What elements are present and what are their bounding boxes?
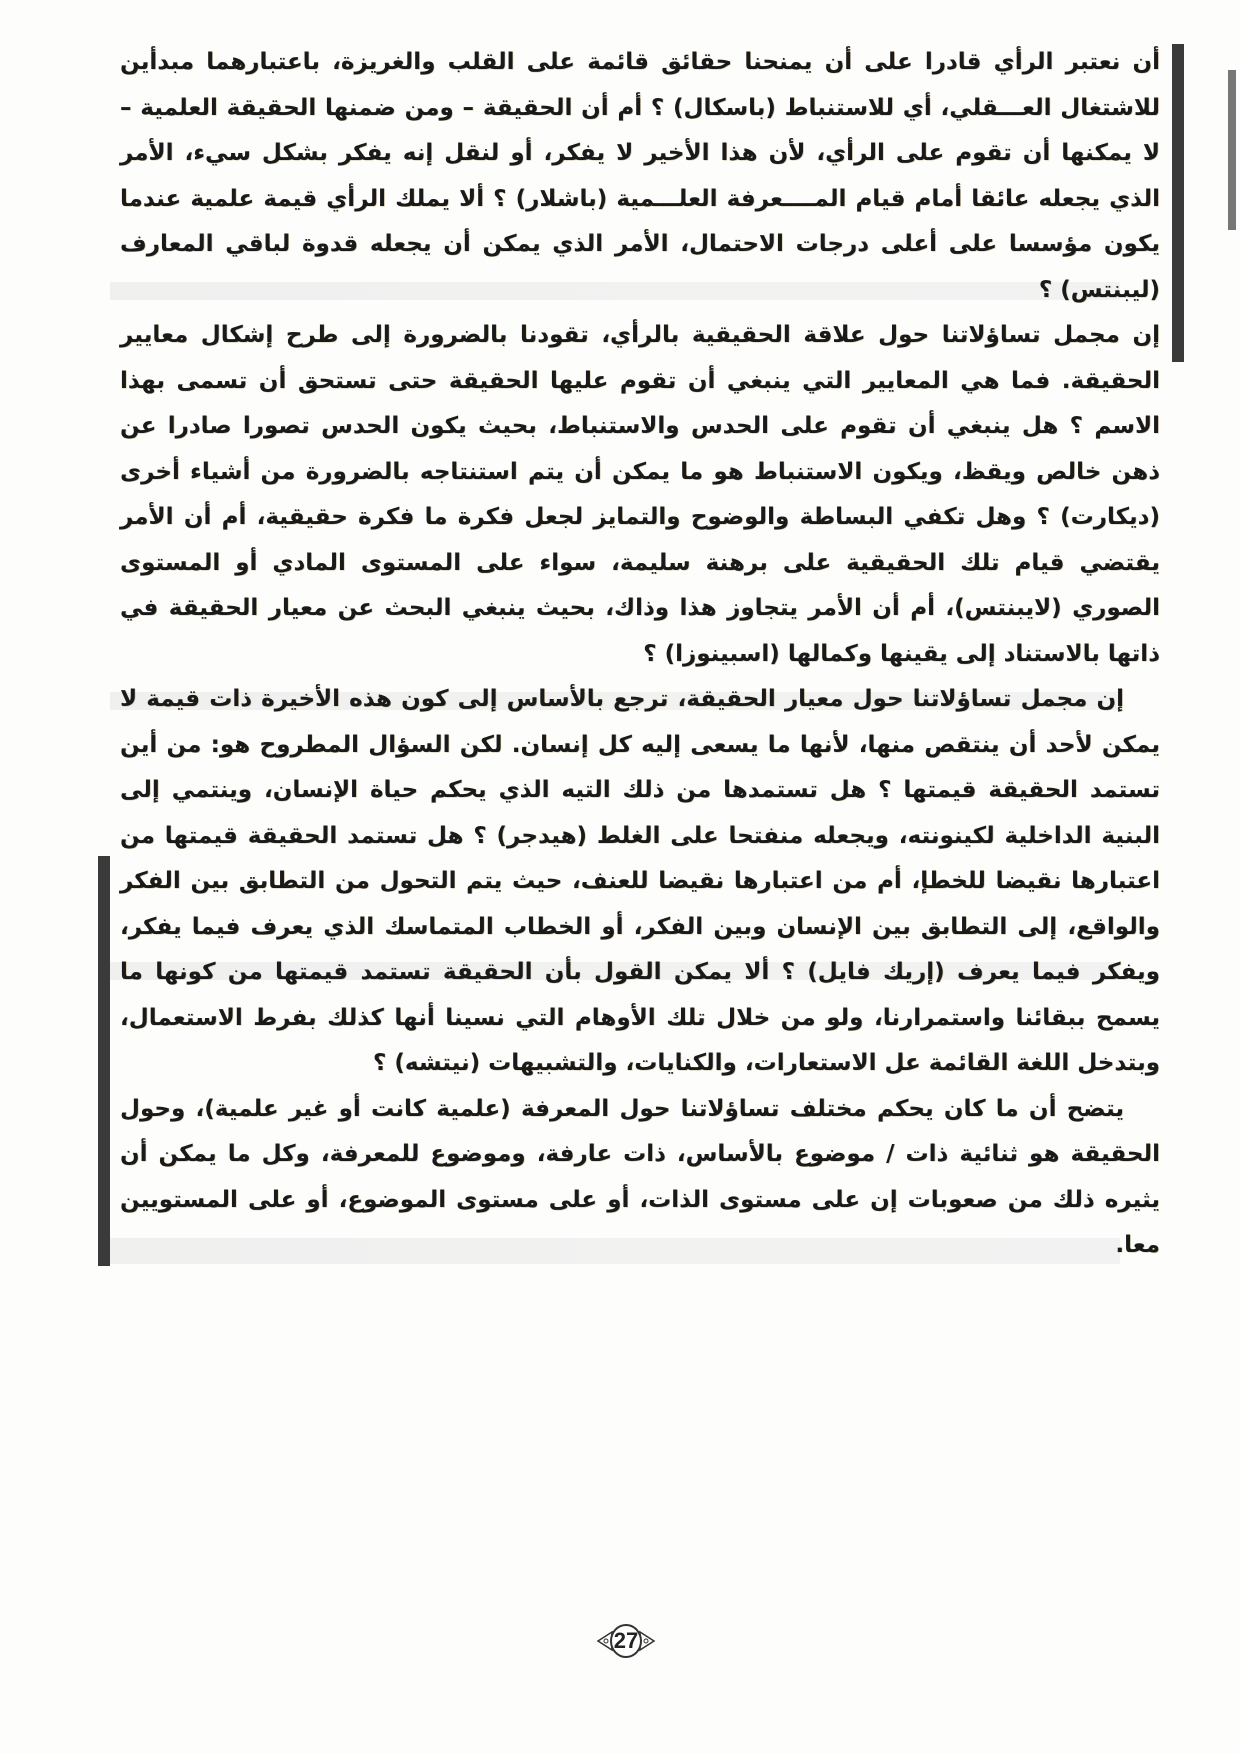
- paragraph-3: إن مجمل تساؤلاتنا حول معيار الحقيقة، ترج…: [120, 677, 1160, 1087]
- body-text: أن نعتبر الرأي قادرا على أن يمنحنا حقائق…: [120, 40, 1160, 1269]
- bleed-through-text: [120, 1270, 1160, 1530]
- margin-bar-right: [1172, 44, 1184, 362]
- paragraph-1: أن نعتبر الرأي قادرا على أن يمنحنا حقائق…: [120, 40, 1160, 313]
- page-number-label: 27: [614, 1628, 638, 1654]
- scan-edge-mark: [1228, 70, 1236, 230]
- margin-bar-left: [98, 856, 110, 1266]
- page-number: 27: [596, 1622, 656, 1660]
- paragraph-2: إن مجمل تساؤلاتنا حول علاقة الحقيقية بال…: [120, 313, 1160, 677]
- paragraph-4: يتضح أن ما كان يحكم مختلف تساؤلاتنا حول …: [120, 1087, 1160, 1269]
